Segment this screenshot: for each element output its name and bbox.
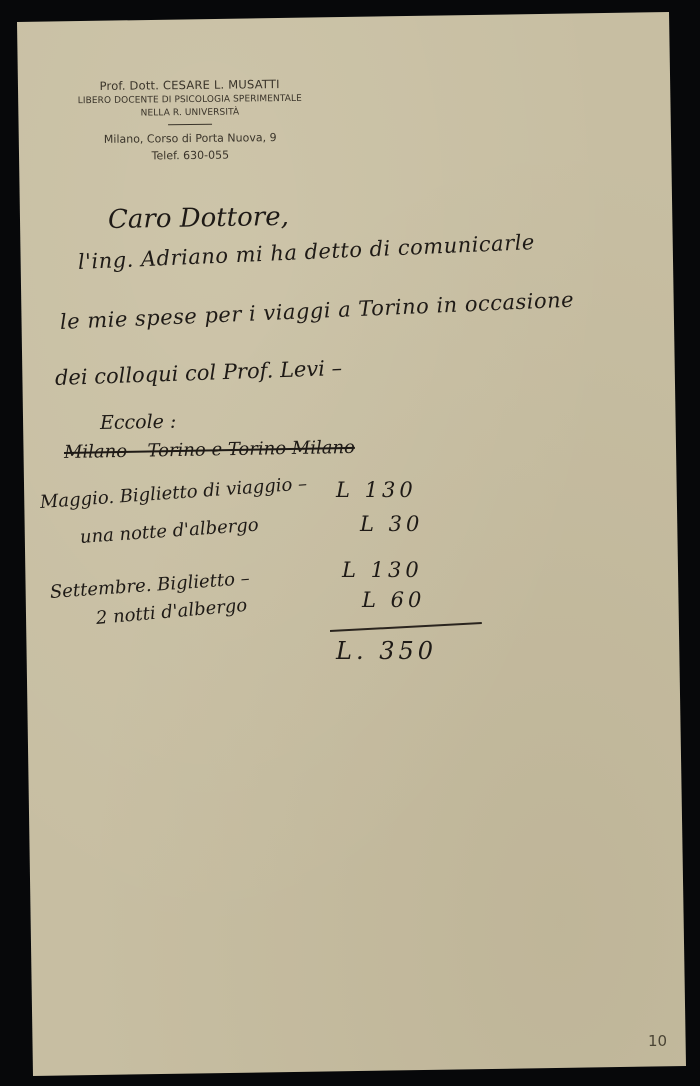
letterhead-name: Prof. Dott. CESARE L. MUSATTI — [50, 77, 330, 94]
expense-2-amount: L 130 — [342, 558, 423, 582]
expense-2-hotel-amount: L 60 — [362, 588, 425, 612]
expense-1-hotel-amount: L 30 — [360, 512, 423, 536]
page-number: 10 — [648, 1032, 667, 1050]
expense-1-amount: L 130 — [336, 478, 417, 502]
letterhead-title-1: LIBERO DOCENTE DI PSICOLOGIA SPERIMENTAL… — [50, 94, 330, 107]
letterhead-title-2: NELLA R. UNIVERSITÀ — [50, 107, 330, 120]
body-line-4: Eccole : — [100, 411, 177, 434]
letterhead-divider — [168, 124, 212, 125]
letterhead-address: Milano, Corso di Porta Nuova, 9 — [50, 131, 330, 147]
total-amount: L. 350 — [336, 637, 437, 665]
salutation: Caro Dottore, — [108, 202, 289, 235]
letterhead: Prof. Dott. CESARE L. MUSATTI LIBERO DOC… — [50, 77, 331, 164]
